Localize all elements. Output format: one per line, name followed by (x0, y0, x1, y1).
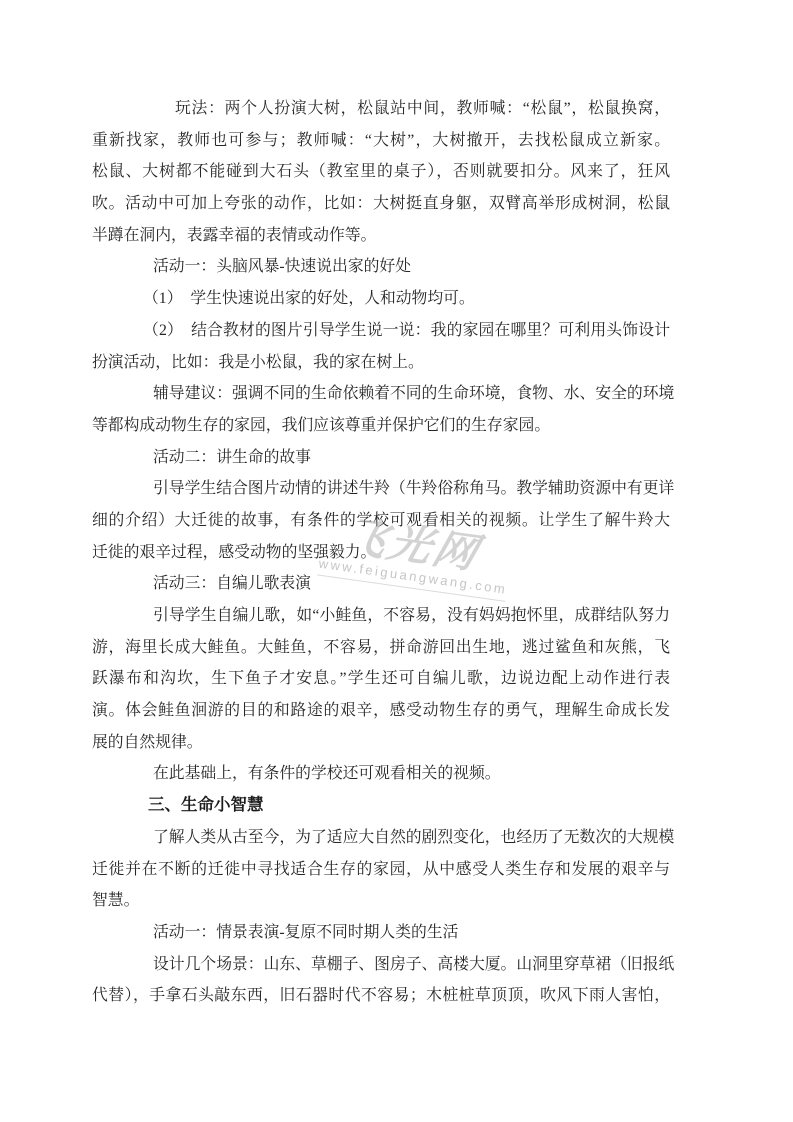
text-line: 智慧。 (92, 885, 670, 917)
activity-heading-line: 活动一：头脑风暴-快速说出家的好处 (92, 251, 670, 283)
activity-heading-line: 活动一：情景表演-复原不同时期人类的生活 (92, 917, 670, 949)
text-line: 跃瀑布和沟坎，生下鱼子才安息。”学生还可自编儿歌，边说边配上动作进行表 (92, 663, 670, 695)
document-page: 玩法：两个人扮演大树，松鼠站中间，教师喊：“松鼠”，松鼠换窝， 重新找家，教师也… (0, 0, 793, 1122)
section-heading: 三、生命小智慧 (92, 790, 670, 822)
text-line: 重新找家，教师也可参与；教师喊：“大树”，大树撤开，去找松鼠成立新家。 (92, 125, 670, 157)
text-line: 展的自然规律。 (92, 727, 670, 759)
text-line: 细的介绍）大迁徙的故事，有条件的学校可观看相关的视频。让学生了解牛羚大 (92, 505, 670, 537)
text-line: 在此基础上，有条件的学校还可观看相关的视频。 (92, 758, 670, 790)
text-line: 代替），手拿石头敲东西，旧石器时代不容易；木桩桩草顶顶，吹风下雨人害怕， (92, 980, 670, 1012)
document-body: 玩法：两个人扮演大树，松鼠站中间，教师喊：“松鼠”，松鼠换窝， 重新找家，教师也… (92, 93, 670, 1012)
text-line: 扮演活动，比如：我是小松鼠，我的家在树上。 (92, 347, 670, 379)
activity-heading-line: 活动三：自编儿歌表演 (92, 568, 670, 600)
text-line: 了解人类从古至今，为了适应大自然的剧烈变化，也经历了无数次的大规模 (92, 822, 670, 854)
text-line: 松鼠、大树都不能碰到大石头（教室里的桌子），否则就要扣分。风来了，狂风 (92, 156, 670, 188)
text-line: 迁徙并在不断的迁徙中寻找适合生存的家园，从中感受人类生存和发展的艰辛与 (92, 854, 670, 886)
text-line: 半蹲在洞内，表露幸福的表情或动作等。 (92, 220, 670, 252)
text-line: （1） 学生快速说出家的好处，人和动物均可。 (92, 283, 670, 315)
text-line: 引导学生结合图片动情的讲述牛羚（牛羚俗称角马。教学辅助资源中有更详 (92, 473, 670, 505)
text-line: 玩法：两个人扮演大树，松鼠站中间，教师喊：“松鼠”，松鼠换窝， (92, 93, 670, 125)
text-line: 演。体会鲑鱼洄游的目的和路途的艰辛，感受动物生存的勇气，理解生命成长发 (92, 695, 670, 727)
text-line: 游，海里长成大鲑鱼。大鲑鱼，不容易，拼命游回出生地，逃过鲨鱼和灰熊，飞 (92, 632, 670, 664)
text-line: 设计几个场景：山东、草棚子、图房子、高楼大厦。山洞里穿草裙（旧报纸 (92, 949, 670, 981)
text-line: 等都构成动物生存的家园，我们应该尊重并保护它们的生存家园。 (92, 410, 670, 442)
text-line: 引导学生自编儿歌，如“小鲑鱼，不容易，没有妈妈抱怀里，成群结队努力 (92, 600, 670, 632)
text-line: 迁徙的艰辛过程，感受动物的坚强毅力。 (92, 537, 670, 569)
activity-heading-line: 活动二：讲生命的故事 (92, 442, 670, 474)
text-line: 吹。活动中可加上夸张的动作，比如：大树挺直身躯，双臂高举形成树洞，松鼠 (92, 188, 670, 220)
text-line: （2） 结合教材的图片引导学生说一说：我的家园在哪里？可利用头饰设计 (92, 315, 670, 347)
text-line: 辅导建议：强调不同的生命依赖着不同的生命环境，食物、水、安全的环境 (92, 378, 670, 410)
